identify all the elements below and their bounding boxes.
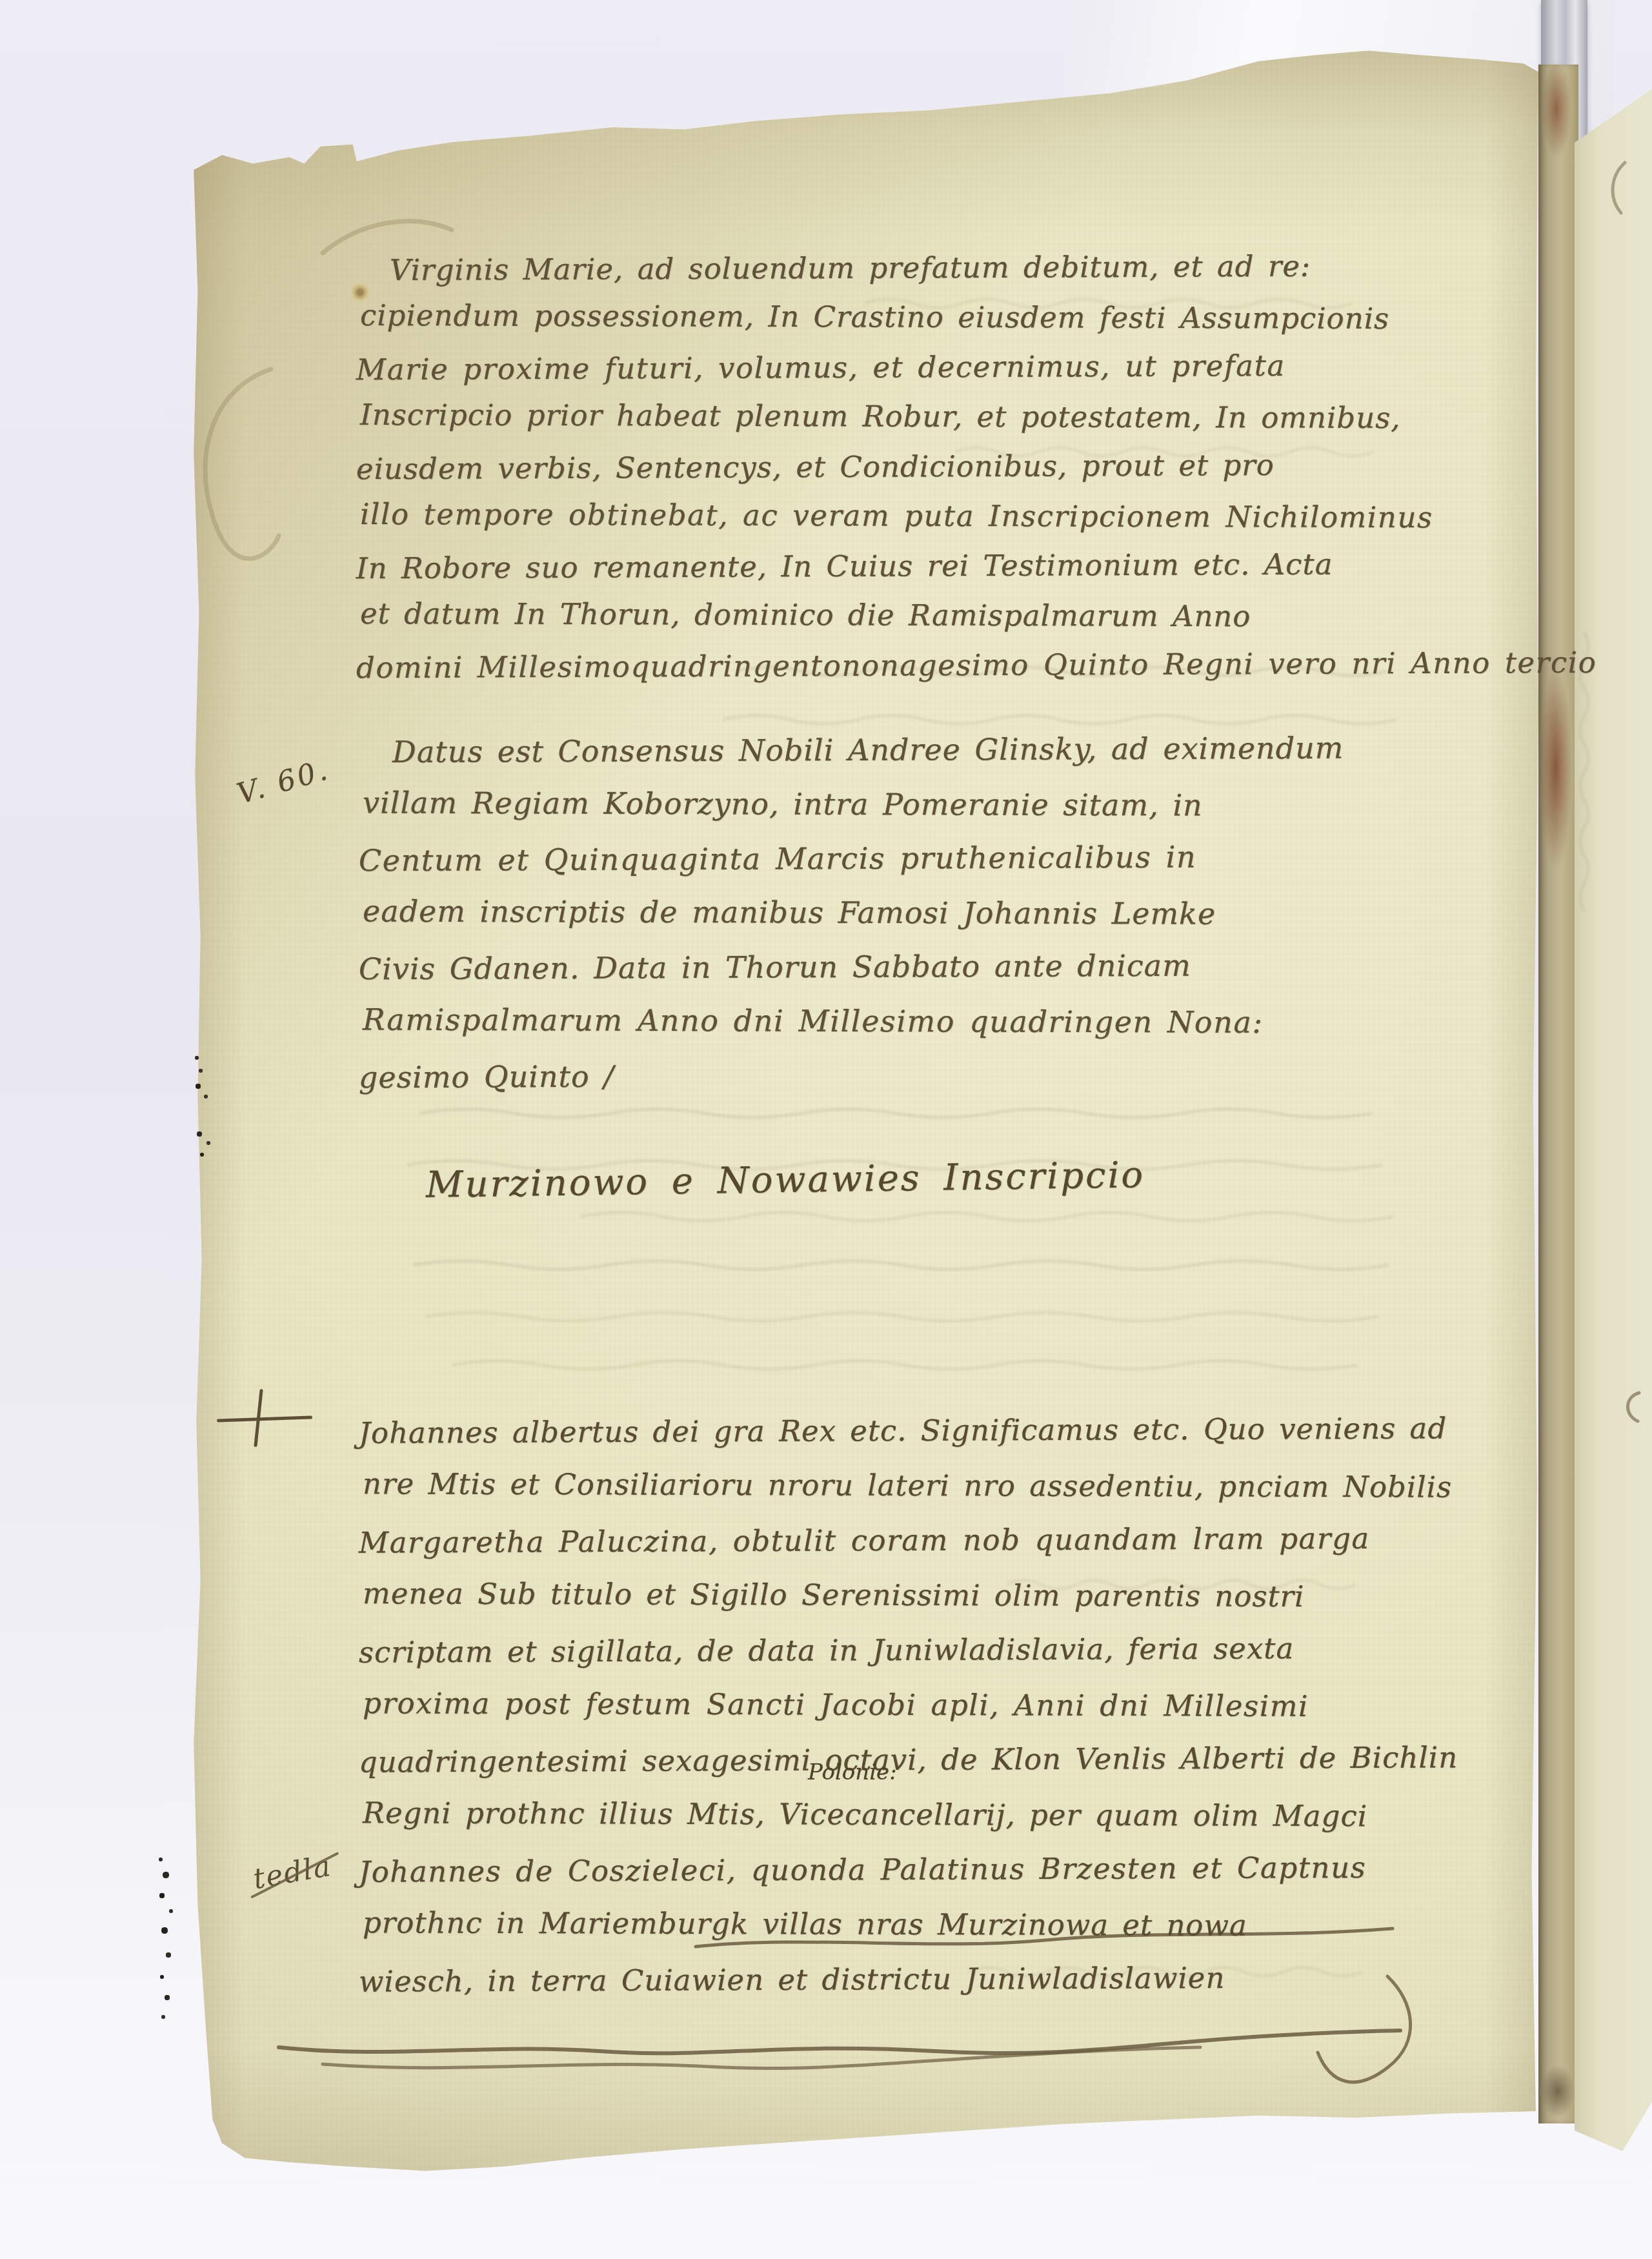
- manuscript-line: Civis Gdanen. Data in Thorun Sabbato ant…: [359, 947, 1344, 1006]
- manuscript-line: menea Sub titulo et Sigillo Serenissimi …: [363, 1576, 1462, 1634]
- manuscript-line: gesimo Quinto /: [359, 1056, 1344, 1115]
- manuscript-line: eiusdem verbis, Sentencys, et Condicioni…: [356, 447, 1597, 501]
- manuscript-line: prothnc in Mariemburgk villas nras Murzi…: [363, 1905, 1462, 1963]
- margin-folio-mark: V. 60.: [234, 753, 333, 811]
- manuscript-line: Virginis Marie, ad soluendum prefatum de…: [356, 248, 1597, 303]
- manuscript-line: In Robore suo remanente, In Cuius rei Te…: [356, 546, 1597, 601]
- margin-cross-icon: [217, 1389, 314, 1448]
- manuscript-line: Marie proxime futuri, volumus, et decern…: [356, 347, 1597, 402]
- manuscript-line: quadringentesimi sexagesimi octavi, de K…: [359, 1740, 1458, 1799]
- paragraph-royal-confirmation: Johannes albertus dei gra Rex etc. Signi…: [359, 1413, 1458, 2017]
- manuscript-line: Inscripcio prior habeat plenum Robur, et…: [360, 398, 1601, 451]
- manuscript-line: Ramispalmarum Anno dni Millesimo quadrin…: [363, 1002, 1348, 1060]
- manuscript-line: Johannes albertus dei gra Rex etc. Signi…: [359, 1411, 1458, 1470]
- manuscript-line: wiesch, in terra Cuiawien et districtu J…: [359, 1960, 1458, 2019]
- manuscript-line: Centum et Quinquaginta Marcis pruthenica…: [359, 839, 1344, 898]
- manuscript-line: domini Millesimoquadringentononagesimo Q…: [356, 645, 1597, 700]
- handwritten-text-layer: Virginis Marie, ad soluendum prefatum de…: [0, 0, 1652, 2259]
- manuscript-line: scriptam et sigillata, de data in Juniwl…: [359, 1630, 1458, 1690]
- manuscript-line: proxima post festum Sancti Jacobi apli, …: [363, 1686, 1462, 1744]
- manuscript-line: Johannes de Coszieleci, quonda Palatinus…: [359, 1850, 1458, 1909]
- margin-struck-note: tedla: [251, 1850, 334, 1896]
- manuscript-line: cipiendum possessionem, In Crastino eius…: [360, 298, 1601, 352]
- manuscript-line: et datum In Thorun, dominico die Ramispa…: [360, 596, 1601, 650]
- manuscript-line: villam Regiam Koborzyno, intra Pomeranie…: [363, 785, 1348, 843]
- manuscript-line: Margaretha Paluczina, obtulit coram nob …: [359, 1521, 1458, 1580]
- paragraph-renewal-of-inscription: Virginis Marie, ad soluendum prefatum de…: [356, 250, 1597, 698]
- manuscript-line: eadem inscriptis de manibus Famosi Johan…: [363, 894, 1348, 951]
- manuscript-line: nre Mtis et Consiliarioru nroru lateri n…: [363, 1466, 1462, 1525]
- manuscript-line: Datus est Consensus Nobili Andree Glinsk…: [359, 731, 1344, 789]
- manuscript-line: Regni prothnc illius Mtis, Vicecancellar…: [363, 1796, 1462, 1854]
- paragraph-consensus-entry: Datus est Consensus Nobili Andree Glinsk…: [359, 733, 1344, 1112]
- manuscript-line: illo tempore obtinebat, ac veram puta In…: [360, 497, 1601, 551]
- section-heading: Murzinowo e Nowawies Inscripcio: [426, 1154, 1145, 1206]
- interlinear-insertion: Polonie:: [808, 1759, 897, 1785]
